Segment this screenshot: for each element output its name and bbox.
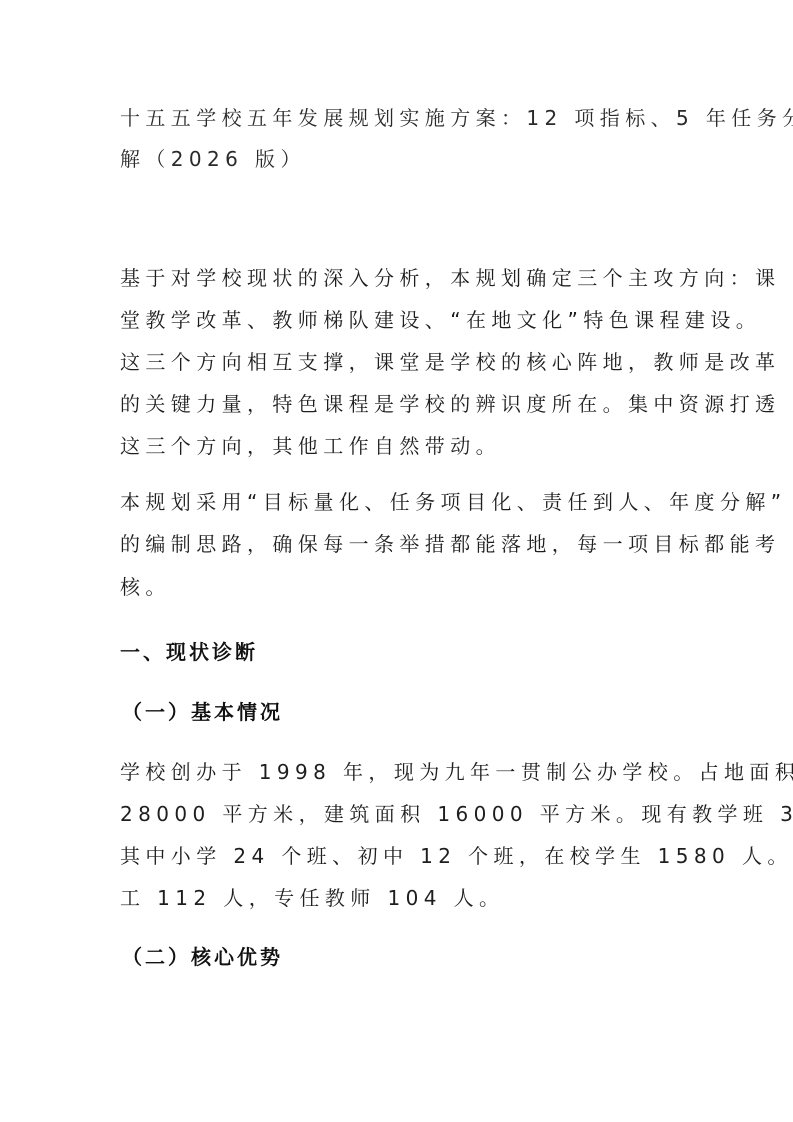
intro-paragraph-2-line-3: 核。 <box>120 574 171 600</box>
document-title-line-2: 解（2026 版） <box>120 146 306 172</box>
basic-info-line-1: 学校创办于 1998 年，现为九年一贯制公办学校。占地面积 <box>120 759 793 785</box>
subsection-heading-basic-info: （一）基本情况 <box>122 699 283 725</box>
intro-paragraph-1-line-4: 的关键力量，特色课程是学校的辨识度所在。集中资源打透 <box>120 391 780 417</box>
section-heading-status-diagnosis: 一、现状诊断 <box>120 639 258 665</box>
intro-paragraph-1-line-5: 这三个方向，其他工作自然带动。 <box>120 433 501 459</box>
basic-info-line-3: 其中小学 24 个班、初中 12 个班，在校学生 1580 人。教职 <box>120 843 793 869</box>
intro-paragraph-1-line-2: 堂教学改革、教师梯队建设、“在地文化”特色课程建设。 <box>120 307 761 333</box>
basic-info-line-2: 28000 平方米，建筑面积 16000 平方米。现有教学班 36 个， <box>120 801 793 827</box>
subsection-heading-core-strengths: （二）核心优势 <box>122 944 283 970</box>
intro-paragraph-2-line-2: 的编制思路，确保每一条举措都能落地，每一项目标都能考 <box>120 531 780 557</box>
intro-paragraph-2-line-1: 本规划采用“目标量化、任务项目化、责任到人、年度分解” <box>120 489 787 515</box>
basic-info-line-4: 工 112 人，专任教师 104 人。 <box>120 885 504 911</box>
intro-paragraph-1-line-1: 基于对学校现状的深入分析，本规划确定三个主攻方向：课 <box>120 265 780 291</box>
intro-paragraph-1-line-3: 这三个方向相互支撑，课堂是学校的核心阵地，教师是改革 <box>120 349 780 375</box>
document-page: 十五五学校五年发展规划实施方案：12 项指标、5 年任务分 解（2026 版） … <box>0 0 793 1122</box>
document-title-line-1: 十五五学校五年发展规划实施方案：12 项指标、5 年任务分 <box>120 105 793 131</box>
